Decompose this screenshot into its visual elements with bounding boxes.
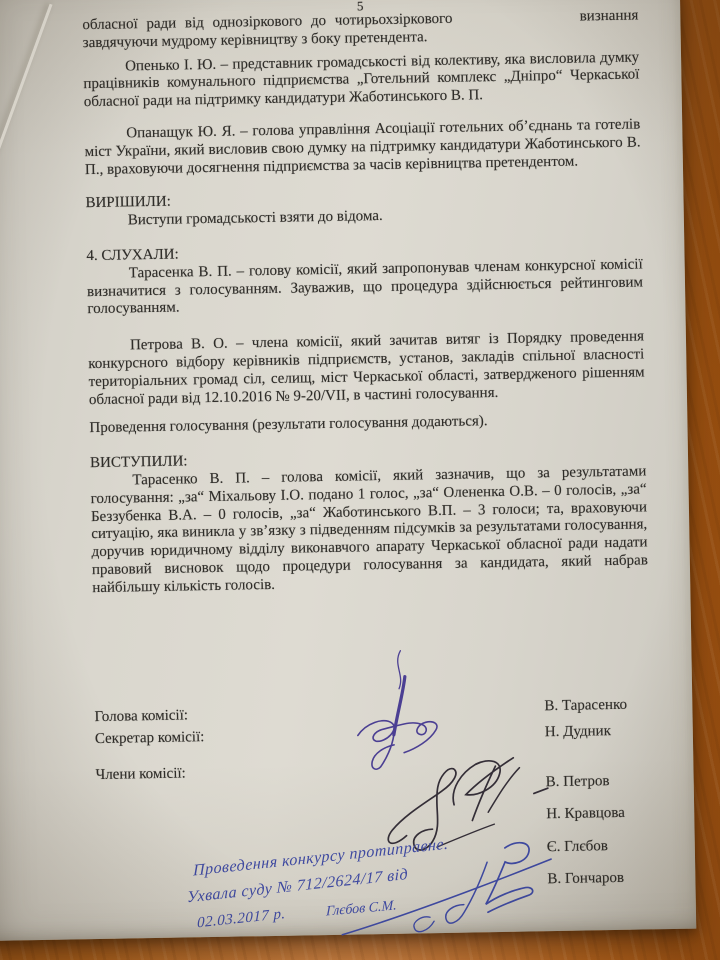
paragraph-vystupyly: Тарасенко В. П. – голова комісії, який з… — [90, 463, 648, 597]
signature-name-honcharov: В. Гончаров — [547, 870, 624, 889]
signature-label-chairman: Голова комісії: — [94, 707, 188, 726]
signature-label-secretary: Секретар комісії: — [95, 729, 205, 749]
page-fold-edge — [0, 4, 52, 160]
photo-background: 5 обласної ради від однозіркового до чот… — [0, 0, 720, 960]
signature-name-dudnyk: Н. Дудник — [545, 723, 611, 742]
paragraph-provedennia: Проведення голосування (результати голос… — [89, 411, 645, 438]
signature-name-tarasenko: В. Тарасенко — [544, 697, 627, 716]
handwritten-note: Проведення конкурсу протиправне. Ухвала … — [193, 832, 448, 937]
continuation-line1-right: визнання — [580, 7, 639, 26]
paragraph-tarasenka: Тарасенка В. П. – голову комісії, який з… — [87, 256, 644, 319]
paragraph-petrova: Петрова В. О. – члена комісії, який зачи… — [88, 329, 645, 410]
signature-name-petrov: В. Петров — [546, 773, 610, 792]
signature-name-hlebov: Є. Глєбов — [547, 838, 608, 857]
signature-name-kravtsova: Н. Кравцова — [546, 805, 625, 824]
signature-ink-purple — [348, 648, 460, 775]
document-body: 5 обласної ради від однозіркового до чот… — [82, 0, 654, 934]
signature-block: Голова комісії: Секретар комісії: Члени … — [94, 689, 654, 949]
paper-sheet: 5 обласної ради від однозіркового до чот… — [0, 0, 696, 941]
paragraph-opanashchuk: Опанащук Ю. Я. – голова управління Асоці… — [84, 116, 641, 179]
paragraph-openko: Опенько І. Ю. – представник громадськост… — [83, 49, 640, 112]
signature-label-members: Члени комісії: — [95, 765, 186, 784]
